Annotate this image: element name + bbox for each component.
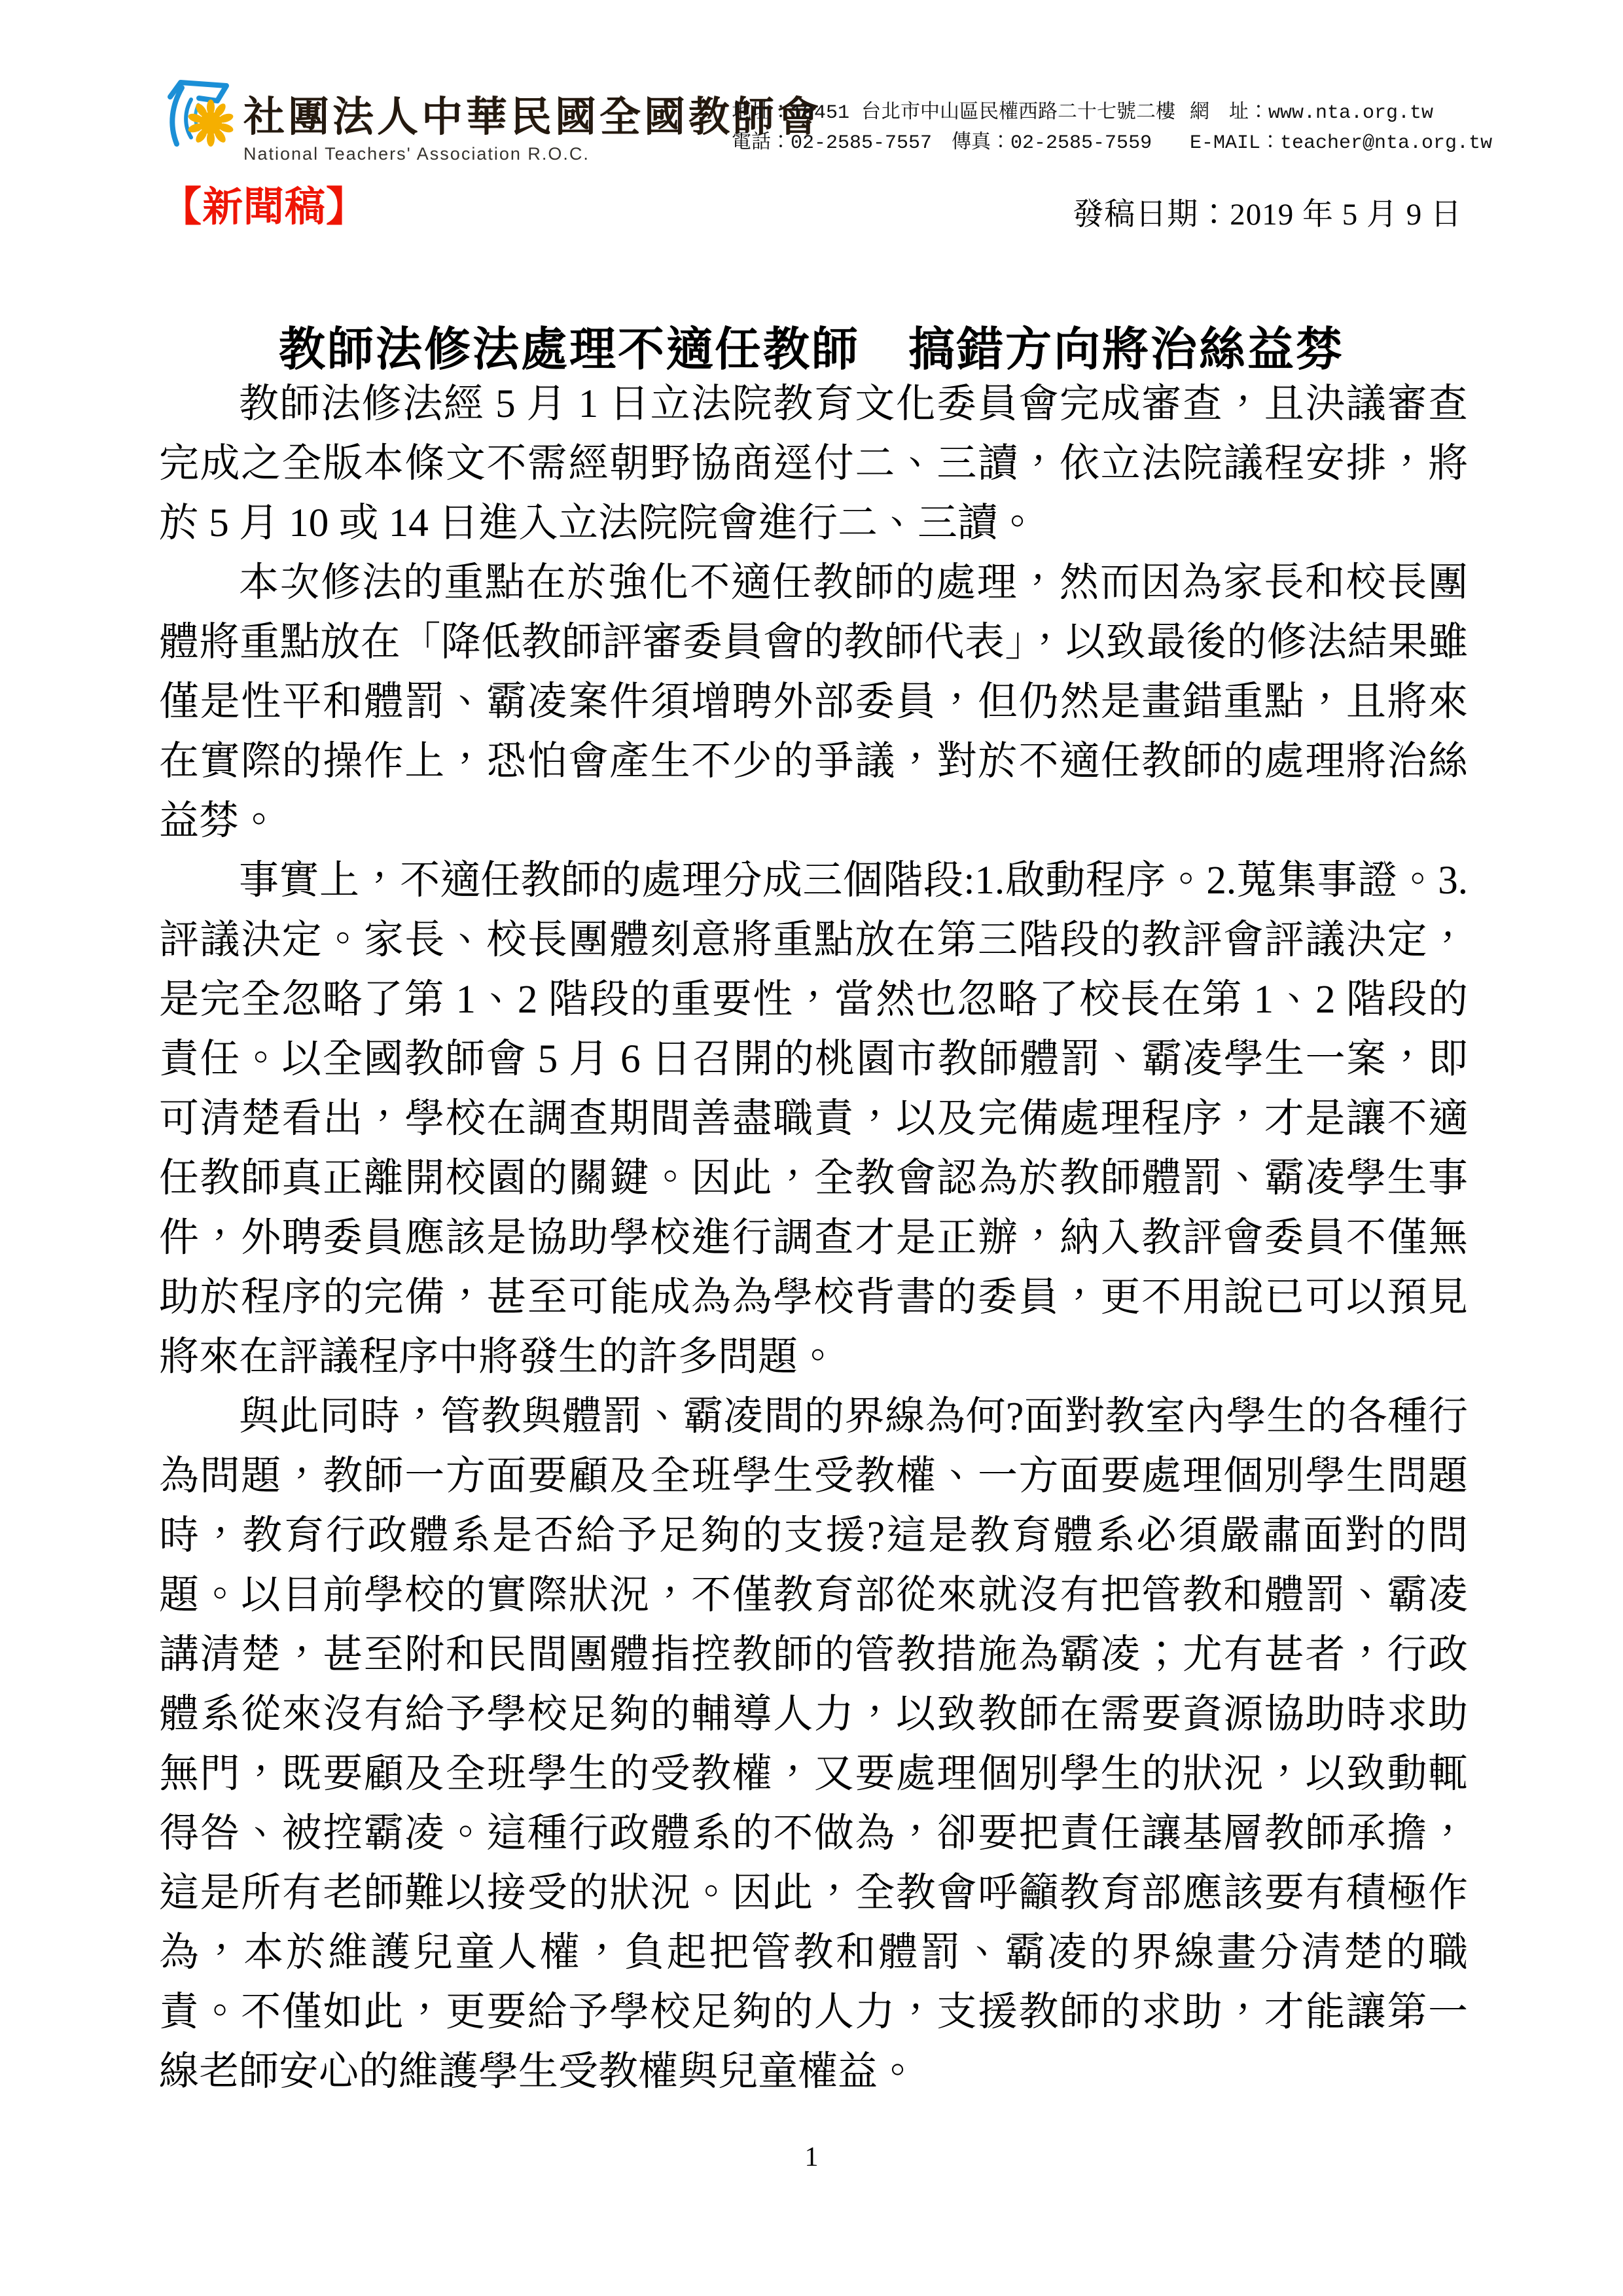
contact-address: 地址：10451 台北市中山區民權西路二十七號二樓 bbox=[732, 98, 1190, 128]
page-number: 1 bbox=[0, 2142, 1623, 2173]
contact-phone-fax: 電話：02-2585-7557 傳真：02-2585-7559 bbox=[732, 128, 1190, 158]
paragraph-1: 教師法修法經 5 月 1 日立法院教育文化委員會完成審查，且決議審查完成之全版本… bbox=[159, 374, 1468, 553]
contact-block: 地址：10451 台北市中山區民權西路二十七號二樓 網 址：www.nta.or… bbox=[732, 98, 1492, 158]
body-text: 教師法修法經 5 月 1 日立法院教育文化委員會完成審查，且決議審查完成之全版本… bbox=[159, 374, 1468, 2102]
contact-row-2: 電話：02-2585-7557 傳真：02-2585-7559 E-MAIL：t… bbox=[732, 128, 1492, 158]
contact-row-1: 地址：10451 台北市中山區民權西路二十七號二樓 網 址：www.nta.or… bbox=[732, 98, 1492, 128]
paragraph-4: 與此同時，管教與體罰、霸凌間的界線為何?面對教室內學生的各種行為問題，教師一方面… bbox=[159, 1387, 1468, 2102]
paragraph-2: 本次修法的重點在於強化不適任教師的處理，然而因為家長和校長團體將重點放在「降低教… bbox=[159, 553, 1468, 851]
page-title: 教師法修法處理不適任教師 搞錯方向將治絲益棼 bbox=[0, 322, 1623, 378]
contact-email: E-MAIL：teacher@nta.org.tw bbox=[1190, 128, 1492, 158]
release-date: 發稿日期：2019 年 5 月 9 日 bbox=[1073, 196, 1462, 233]
paragraph-3: 事實上，不適任教師的處理分成三個階段:1.啟動程序。2.蒐集事證。3.評議決定。… bbox=[159, 851, 1468, 1387]
press-release-page: 社團法人中華民國全國教師會 National Teachers' Associa… bbox=[0, 0, 1623, 2296]
nta-logo-icon bbox=[161, 77, 237, 157]
doc-type-label: 【新聞稿】 bbox=[161, 185, 367, 230]
contact-website: 網 址：www.nta.org.tw bbox=[1190, 98, 1433, 128]
